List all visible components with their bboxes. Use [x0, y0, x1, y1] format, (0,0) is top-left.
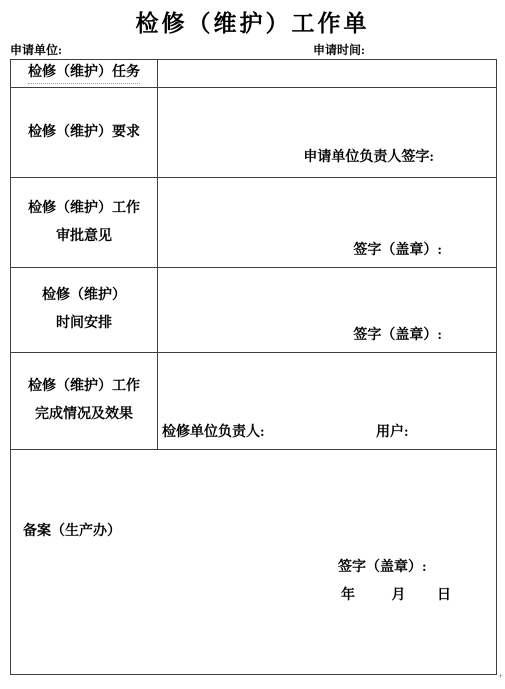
paragraph-mark-artifact: + [498, 671, 503, 681]
requirements-label: 检修（维护）要求 [28, 119, 140, 147]
schedule-label-line2: 时间安排 [56, 310, 112, 338]
schedule-signature-label: 签字（盖章）: [353, 324, 442, 344]
user-signature-label: 用户: [376, 421, 409, 441]
work-order-table: 检修（维护）任务 检修（维护）要求 申请单位负责人签字: 检修（维护）工作 审批… [10, 59, 497, 675]
requirements-label-cell: 检修（维护）要求 [11, 88, 158, 177]
completion-input-area[interactable]: 检修单位负责人: 用户: [158, 353, 496, 449]
month-label: 月 [392, 588, 406, 603]
table-row-archive[interactable]: 备案（生产办） 签字（盖章）: 年 月 日 [11, 450, 496, 674]
requirements-input-area[interactable]: 申请单位负责人签字: [158, 88, 496, 177]
apply-unit-label: 申请单位: [10, 41, 62, 58]
table-row-schedule: 检修（维护） 时间安排 签字（盖章）: [11, 268, 496, 353]
schedule-label-line1: 检修（维护） [42, 282, 126, 310]
apply-time-label: 申请时间: [313, 41, 365, 58]
schedule-input-area[interactable]: 签字（盖章）: [158, 268, 496, 352]
meta-line: 申请单位: 申请时间: [10, 41, 497, 57]
table-row-completion: 检修（维护）工作 完成情况及效果 检修单位负责人: 用户: [11, 353, 496, 450]
approval-label-line2: 审批意见 [56, 223, 112, 251]
table-row-requirements: 检修（维护）要求 申请单位负责人签字: [11, 88, 496, 178]
completion-label-line2: 完成情况及效果 [35, 401, 133, 429]
schedule-label-cell: 检修（维护） 时间安排 [11, 268, 158, 352]
approval-signature-label: 签字（盖章）: [353, 239, 442, 259]
archive-label: 备案（生产办） [23, 520, 121, 540]
approval-label-cell: 检修（维护）工作 审批意见 [11, 178, 158, 267]
date-line: 年 月 日 [341, 584, 451, 604]
applicant-signature-label: 申请单位负责人签字: [303, 146, 434, 166]
page-title: 检修（维护）工作单 [0, 5, 505, 38]
completion-label-line1: 检修（维护）工作 [28, 373, 140, 401]
task-input-area[interactable] [158, 60, 496, 87]
maintenance-unit-leader-label: 检修单位负责人: [162, 421, 265, 441]
task-label: 检修（维护）任务 [28, 63, 140, 84]
table-row-approval: 检修（维护）工作 审批意见 签字（盖章）: [11, 178, 496, 268]
table-row-task: 检修（维护）任务 [11, 60, 496, 88]
completion-label-cell: 检修（维护）工作 完成情况及效果 [11, 353, 158, 449]
year-label: 年 [341, 588, 355, 603]
approval-label-line1: 检修（维护）工作 [28, 195, 140, 223]
day-label: 日 [437, 588, 451, 603]
task-label-cell: 检修（维护）任务 [11, 60, 158, 87]
approval-input-area[interactable]: 签字（盖章）: [158, 178, 496, 267]
archive-signature-label: 签字（盖章）: [338, 556, 427, 576]
